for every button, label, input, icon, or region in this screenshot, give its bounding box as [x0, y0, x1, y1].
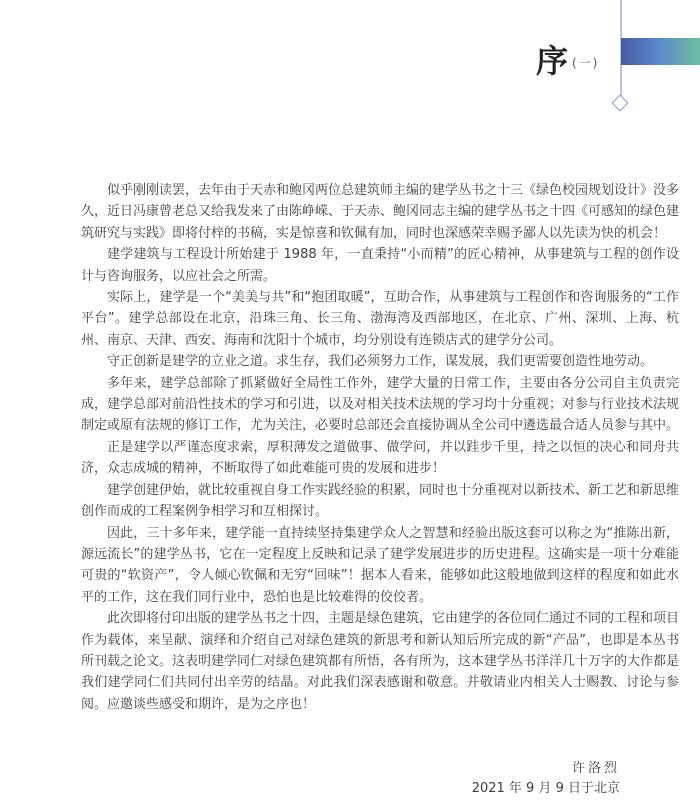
- paragraph: 此次即将付印出版的建学丛书之十四，主题是绿色建筑，它由建学的各位同仁通过不同的工…: [81, 608, 679, 715]
- paragraph: 似乎刚刚读罢，去年由于天赤和鲍冈两位总建筑师主编的建学丛书之十三《绿色校园规划设…: [81, 180, 679, 244]
- decor-diamond-icon: [612, 95, 629, 112]
- paragraph: 守正创新是建学的立业之道。求生存，我们必须努力工作，谋发展，我们更需要创造性地劳…: [81, 351, 679, 372]
- paragraph: 建学创建伊始，就比较重视自身工作实践经验的积累，同时也十分重视对以新技术、新工艺…: [81, 480, 679, 523]
- paragraph: 正是建学以严谨态度求索，厚积薄发之道做事、做学问，并以跬步千里，持之以恒的决心和…: [81, 437, 679, 480]
- preface-body: 似乎刚刚读罢，去年由于天赤和鲍冈两位总建筑师主编的建学丛书之十三《绿色校园规划设…: [81, 180, 679, 715]
- paragraph: 多年来，建学总部除了抓紧做好全局性工作外，建学大量的日常工作，主要由各分公司自主…: [81, 373, 679, 437]
- paragraph: 建学建筑与工程设计所始建于 1988 年，一直秉持“小而精”的匠心精神，从事建筑…: [81, 244, 679, 287]
- page-subtitle: (一): [572, 54, 599, 71]
- decor-gradient-bar: [621, 38, 700, 65]
- page-title: 序: [536, 36, 568, 82]
- paragraph: 实际上，建学是一个“美美与共”和“抱团取暖”，互助合作，从事建筑与工程创作和咨询…: [81, 287, 679, 351]
- signature-date: 2021 年 9 月 9 日于北京: [472, 777, 620, 796]
- signature-name: 许洛烈: [572, 757, 620, 776]
- paragraph: 因此，三十多年来，建学能一直持续坚持集建学众人之智慧和经验出版这套可以称之为“推…: [81, 523, 679, 609]
